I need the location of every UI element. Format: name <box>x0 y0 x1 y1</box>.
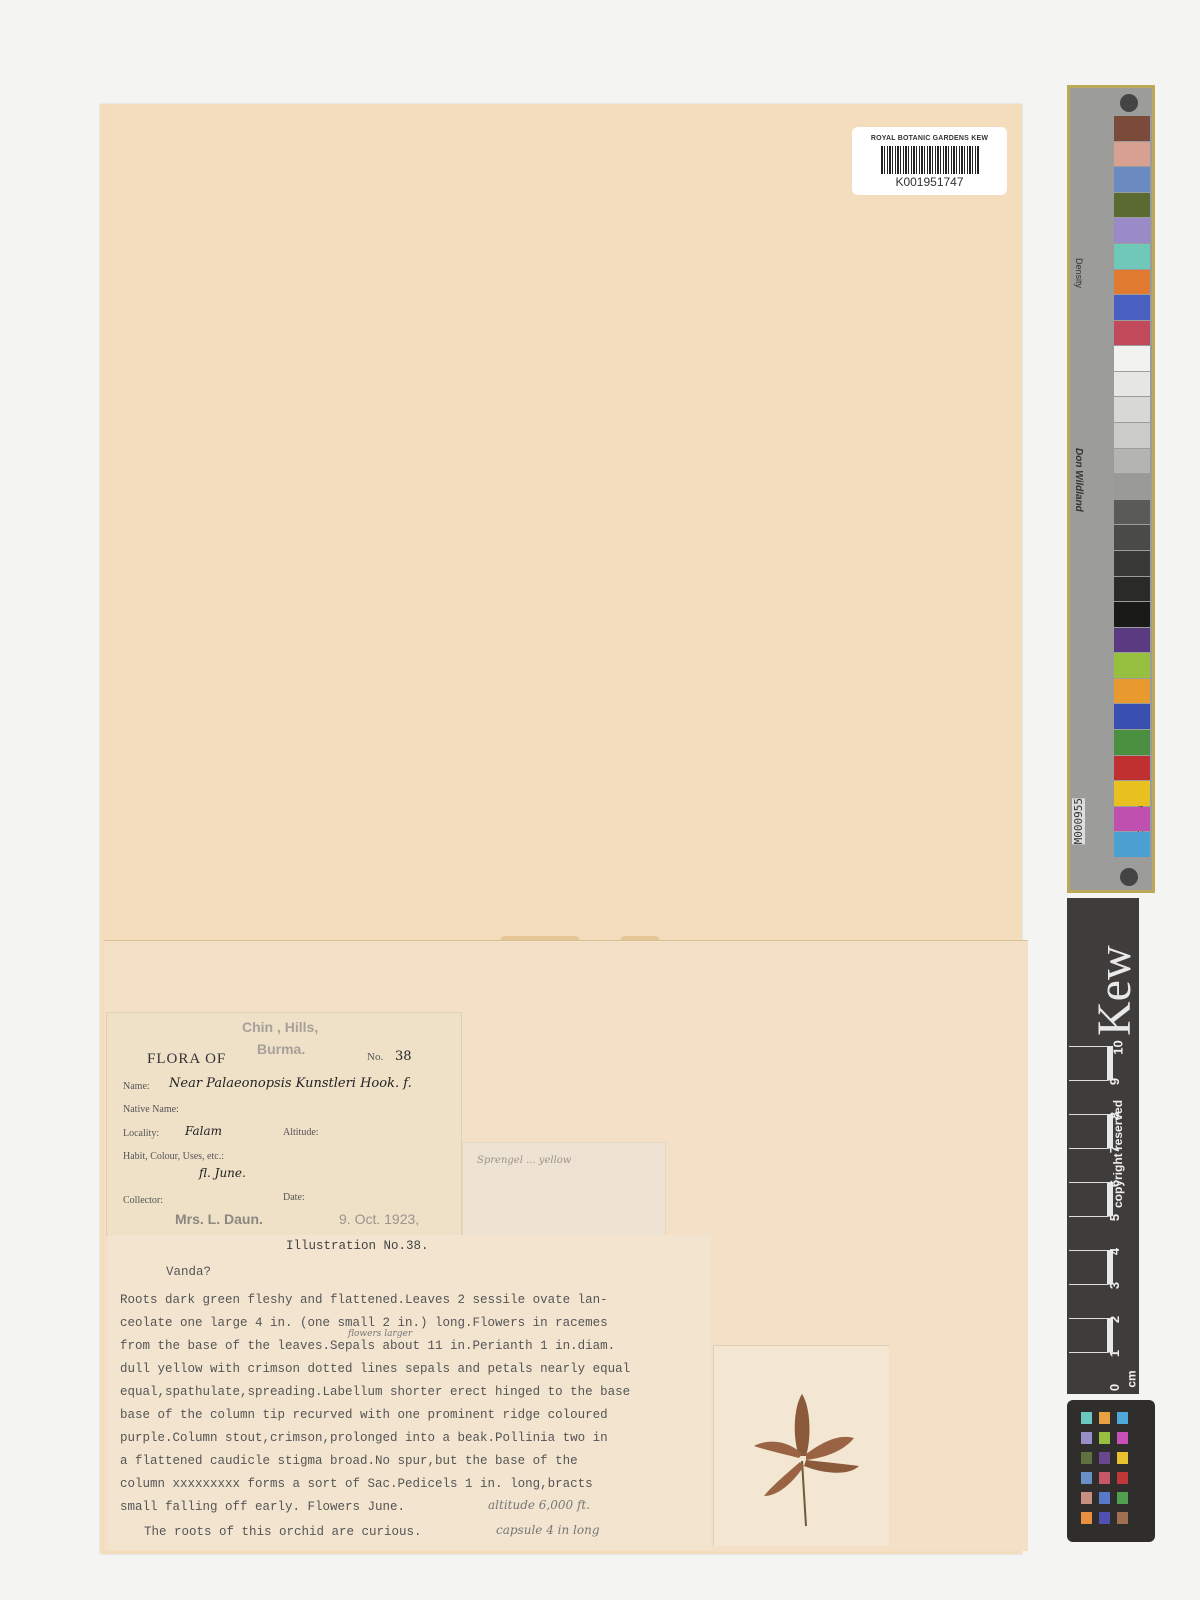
collector-label: Collector: <box>123 1195 163 1206</box>
color-swatch <box>1114 602 1150 627</box>
ruler-number: 1 <box>1107 1350 1122 1357</box>
habit-label: Habit, Colour, Uses, etc.: <box>123 1151 224 1162</box>
ruler-number: 7 <box>1107 1146 1122 1153</box>
date-value: 9. Oct. 1923, <box>339 1211 419 1227</box>
color-swatch <box>1114 628 1150 653</box>
color-swatch <box>1114 397 1150 422</box>
pencil-annotation: flowers larger <box>348 1329 412 1339</box>
flora-of-heading: FLORA OF <box>147 1051 226 1068</box>
ruler-segment <box>1069 1352 1113 1387</box>
density-label: Density <box>1074 258 1084 288</box>
description-line: equal,spathulate,spreading.Labellum shor… <box>120 1385 630 1399</box>
checker-chip <box>1099 1512 1110 1524</box>
description-line: from the base of the leaves.Sepals about… <box>120 1339 615 1353</box>
checker-chip <box>1117 1432 1128 1444</box>
checker-chip <box>1081 1412 1092 1424</box>
pencil-annotation: capsule 4 in long <box>496 1523 600 1537</box>
kew-scale-bar: Kew copyright reserved 109876543210 cm <box>1067 898 1139 1394</box>
checker-chip <box>1117 1472 1128 1484</box>
specimen-label: Chin , Hills, Burma. FLORA OF No. 38 Nam… <box>106 1012 462 1236</box>
ruler-segment <box>1069 1046 1113 1081</box>
date-label: Date: <box>283 1192 305 1203</box>
native-name-label: Native Name: <box>123 1104 179 1115</box>
unit-cm: cm <box>1125 1370 1139 1387</box>
color-swatch <box>1114 295 1150 320</box>
color-swatch <box>1114 346 1150 371</box>
barcode-label: ROYAL BOTANIC GARDENS KEW K001951747 <box>852 127 1007 195</box>
color-swatch <box>1114 679 1150 704</box>
fragment-packet: Sprengel ... yellow <box>462 1142 666 1236</box>
typed-description: Illustration No.38. Vanda? Roots dark gr… <box>108 1235 711 1550</box>
ruler-segment <box>1069 1114 1113 1149</box>
color-swatch <box>1114 781 1150 806</box>
name-label: Name: <box>123 1081 150 1092</box>
checker-chip <box>1099 1492 1110 1504</box>
color-calibration-bar: inches Density Don Wildland M000955 cent… <box>1067 85 1155 893</box>
ruler-number: 9 <box>1107 1078 1122 1085</box>
locality-label: Locality: <box>123 1128 159 1139</box>
name-value: Near Palaeonopsis Kunstleri Hook. f. <box>169 1076 412 1091</box>
kew-logo: Kew <box>1087 945 1142 1036</box>
color-swatch <box>1114 704 1150 729</box>
color-swatch <box>1114 525 1150 550</box>
barcode <box>881 146 979 174</box>
description-line: small falling off early. Flowers June. <box>120 1500 405 1514</box>
checker-chip <box>1099 1412 1110 1424</box>
ruler-segment <box>1069 1148 1113 1183</box>
ruler-number: 6 <box>1107 1180 1122 1187</box>
ruler-number: 2 <box>1107 1316 1122 1323</box>
description-line: ceolate one large 4 in. (one small 2 in.… <box>120 1316 608 1330</box>
color-swatch <box>1114 423 1150 448</box>
stamp-region-line1: Chin , Hills, <box>242 1019 318 1035</box>
color-swatch <box>1114 500 1150 525</box>
checker-chip <box>1117 1512 1128 1524</box>
ruler-number: 8 <box>1107 1112 1122 1119</box>
description-line: base of the column tip recurved with one… <box>120 1408 608 1422</box>
habit-value: fl. June. <box>199 1166 246 1180</box>
ruler-segment <box>1069 1250 1113 1285</box>
ruler-segment <box>1069 1182 1113 1217</box>
ruler-segment <box>1069 1216 1113 1251</box>
color-swatch <box>1114 167 1150 192</box>
institution-name: ROYAL BOTANIC GARDENS KEW <box>852 135 1007 142</box>
checker-chip <box>1099 1452 1110 1464</box>
color-swatch <box>1114 244 1150 269</box>
description-line: The roots of this orchid are curious. <box>144 1525 422 1539</box>
ruler-segment <box>1069 1284 1113 1319</box>
color-swatch <box>1114 730 1150 755</box>
ruler-segment <box>1069 1318 1113 1353</box>
genus: Vanda? <box>166 1265 211 1279</box>
punch-hole <box>1120 94 1138 112</box>
color-swatch <box>1114 551 1150 576</box>
color-swatch <box>1114 653 1150 678</box>
color-swatch <box>1114 218 1150 243</box>
description-line: dull yellow with crimson dotted lines se… <box>120 1362 630 1376</box>
color-swatch <box>1114 270 1150 295</box>
color-swatch <box>1114 832 1150 857</box>
collector-value: Mrs. L. Daun. <box>175 1211 263 1227</box>
pencil-annotation: altitude 6,000 ft. <box>488 1498 590 1512</box>
ruler-number: 3 <box>1107 1282 1122 1289</box>
ruler-number: 0 <box>1107 1384 1122 1391</box>
color-swatch <box>1114 321 1150 346</box>
number-label: No. <box>367 1051 383 1063</box>
checker-chip <box>1099 1472 1110 1484</box>
ruler-number: 4 <box>1107 1248 1122 1255</box>
color-swatch <box>1114 807 1150 832</box>
color-swatch <box>1114 142 1150 167</box>
stamp-region-line2: Burma. <box>257 1041 305 1057</box>
ruler-number: 10 <box>1111 1040 1126 1054</box>
color-swatch <box>1114 577 1150 602</box>
color-swatch <box>1114 116 1150 141</box>
checker-chip <box>1117 1452 1128 1464</box>
checker-chip <box>1081 1512 1092 1524</box>
cm-ruler <box>1069 1046 1107 1392</box>
color-swatch <box>1114 449 1150 474</box>
description-line: Roots dark green fleshy and flattened.Le… <box>120 1293 608 1307</box>
checker-chip <box>1081 1472 1092 1484</box>
barcode-number: K001951747 <box>852 175 1007 189</box>
ruler-number: 5 <box>1107 1214 1122 1221</box>
punch-hole <box>1120 868 1138 886</box>
checker-chip <box>1081 1432 1092 1444</box>
color-swatch <box>1114 756 1150 781</box>
illustration-title: Illustration No.38. <box>286 1239 429 1253</box>
flower-mount <box>713 1345 889 1546</box>
checker-chip <box>1117 1412 1128 1424</box>
orchid-flower-specimen <box>714 1346 889 1546</box>
locality-value: Falam <box>185 1124 222 1138</box>
number-value: 38 <box>395 1049 412 1064</box>
description-line: column xxxxxxxxx forms a sort of Sac.Ped… <box>120 1477 593 1491</box>
bar-id: M000955 <box>1072 798 1085 844</box>
color-checker-card <box>1067 1400 1155 1542</box>
checker-chip <box>1099 1432 1110 1444</box>
packet-note: Sprengel ... yellow <box>477 1155 571 1166</box>
brand-label: Don Wildland <box>1073 448 1084 512</box>
description-line: purple.Column stout,crimson,prolonged in… <box>120 1431 608 1445</box>
color-swatch <box>1114 193 1150 218</box>
checker-chip <box>1081 1492 1092 1504</box>
checker-chip <box>1117 1492 1128 1504</box>
checker-chip <box>1081 1452 1092 1464</box>
color-swatch <box>1114 372 1150 397</box>
color-swatch <box>1114 474 1150 499</box>
ruler-segment <box>1069 1080 1113 1115</box>
description-line: a flattened caudicle stigma broad.No spu… <box>120 1454 578 1468</box>
altitude-label: Altitude: <box>283 1127 319 1138</box>
